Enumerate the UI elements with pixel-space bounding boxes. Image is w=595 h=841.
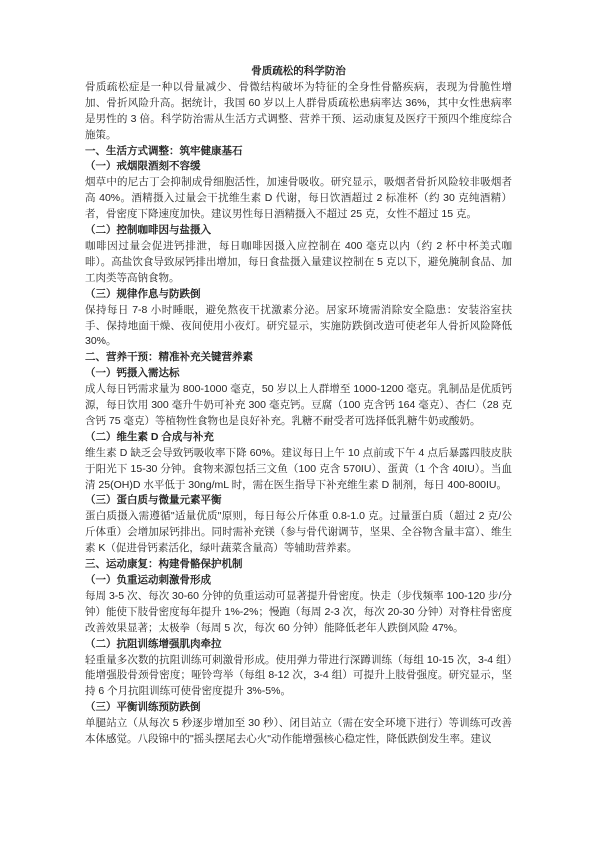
body-paragraph: 单腿站立（从每次 5 秒逐步增加至 30 秒）、闭目站立（需在安全环境下进行）等… bbox=[85, 716, 512, 748]
section-2-sub-2-heading: （二）维生素 D 合成与补充 bbox=[85, 430, 512, 446]
section-1-sub-3-heading: （三）规律作息与防跌倒 bbox=[85, 287, 512, 303]
section-1-heading: 一、生活方式调整：筑牢健康基石 bbox=[85, 144, 512, 160]
body-paragraph: 成人每日钙需求量为 800-1000 毫克，50 岁以上人群增至 1000-12… bbox=[85, 382, 512, 430]
section-3-sub-3-heading: （三）平衡训练预防跌倒 bbox=[85, 700, 512, 716]
body-paragraph: 每周 3-5 次、每次 30-60 分钟的负重运动可显著提升骨密度。快走（步伐频… bbox=[85, 589, 512, 637]
section-3-sub-2-heading: （二）抗阻训练增强肌肉牵拉 bbox=[85, 637, 512, 653]
document-title: 骨质疏松的科学防治 bbox=[85, 64, 512, 80]
section-3-sub-1-heading: （一）负重运动刺激骨形成 bbox=[85, 573, 512, 589]
section-1-sub-1-heading: （一）戒烟限酒刻不容缓 bbox=[85, 159, 512, 175]
section-3-heading: 三、运动康复：构建骨骼保护机制 bbox=[85, 557, 512, 573]
body-paragraph: 轻重量多次数的抗阻训练可刺激骨形成。使用弹力带进行深蹲训练（每组 10-15 次… bbox=[85, 653, 512, 701]
section-1-sub-2-heading: （二）控制咖啡因与盐摄入 bbox=[85, 223, 512, 239]
body-paragraph: 咖啡因过量会促进钙排泄，每日咖啡因摄入应控制在 400 毫克以内（约 2 杯中杯… bbox=[85, 239, 512, 287]
body-paragraph: 保持每日 7-8 小时睡眠，避免熬夜干扰激素分泌。居家环境需消除安全隐患：安装浴… bbox=[85, 303, 512, 351]
section-2-sub-1-heading: （一）钙摄入需达标 bbox=[85, 366, 512, 382]
intro-paragraph: 骨质疏松症是一种以骨量减少、骨微结构破坏为特征的全身性骨骼疾病，表现为骨脆性增加… bbox=[85, 80, 512, 144]
document-page: 骨质疏松的科学防治 骨质疏松症是一种以骨量减少、骨微结构破坏为特征的全身性骨骼疾… bbox=[0, 0, 595, 841]
body-paragraph: 维生素 D 缺乏会导致钙吸收率下降 60%。建议每日上午 10 点前或下午 4 … bbox=[85, 446, 512, 494]
section-2-sub-3-heading: （三）蛋白质与微量元素平衡 bbox=[85, 493, 512, 509]
body-paragraph: 蛋白质摄入需遵循"适量优质"原则，每日每公斤体重 0.8-1.0 克。过量蛋白质… bbox=[85, 509, 512, 557]
body-paragraph: 烟草中的尼古丁会抑制成骨细胞活性，加速骨吸收。研究显示，吸烟者骨折风险较非吸烟者… bbox=[85, 175, 512, 223]
section-2-heading: 二、营养干预：精准补充关键营养素 bbox=[85, 350, 512, 366]
